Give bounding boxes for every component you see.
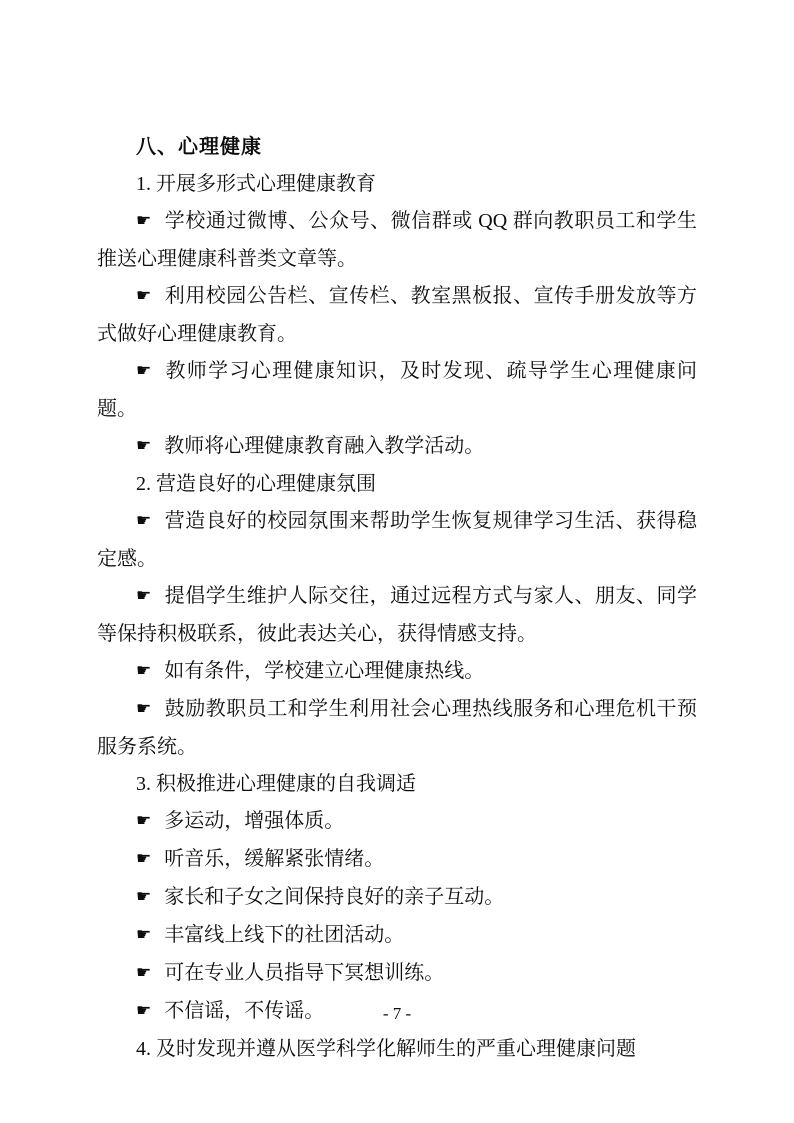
- pointing-hand-bullet-icon: ☛: [136, 925, 151, 945]
- paragraph-text: 听音乐，缓解紧张情绪。: [164, 848, 384, 870]
- paragraph-text: 利用校园公告栏、宣传栏、教室黑板报、宣传手册发放等方式做好心理健康教育。: [97, 285, 697, 345]
- bullet-item: ☛营造良好的校园氛围来帮助学生恢复规律学习生活、获得稳定感。: [97, 503, 697, 578]
- numbered-item: 4. 及时发现并遵从医学科学化解师生的严重心理健康问题: [97, 1031, 697, 1068]
- numbered-item: 3. 积极推进心理健康的自我调适: [97, 766, 697, 803]
- page-number: - 7 -: [0, 1002, 794, 1026]
- pointing-hand-bullet-icon: ☛: [136, 211, 151, 231]
- paragraph-list: 1. 开展多形式心理健康教育☛学校通过微博、公众号、微信群或 QQ 群向教职员工…: [97, 166, 697, 1068]
- paragraph-text: 家长和子女之间保持良好的亲子互动。: [164, 886, 504, 908]
- bullet-item: ☛利用校园公告栏、宣传栏、教室黑板报、宣传手册发放等方式做好心理健康教育。: [97, 278, 697, 353]
- paragraph-text: 提倡学生维护人际交往，通过远程方式与家人、朋友、同学等保持积极联系，彼此表达关心…: [97, 585, 697, 645]
- numbered-item: 2. 营造良好的心理健康氛围: [97, 466, 697, 503]
- bullet-item: ☛听音乐，缓解紧张情绪。: [97, 841, 697, 879]
- paragraph-text: 教师学习心理健康知识，及时发现、疏导学生心理健康问题。: [97, 360, 697, 420]
- numbered-item: 1. 开展多形式心理健康教育: [97, 166, 697, 203]
- bullet-item: ☛提倡学生维护人际交往，通过远程方式与家人、朋友、同学等保持积极联系，彼此表达关…: [97, 578, 697, 653]
- bullet-item: ☛丰富线上线下的社团活动。: [97, 917, 697, 955]
- paragraph-text: 4. 及时发现并遵从医学科学化解师生的严重心理健康问题: [136, 1038, 636, 1060]
- paragraph-text: 教师将心理健康教育融入教学活动。: [164, 435, 484, 457]
- bullet-item: ☛家长和子女之间保持良好的亲子互动。: [97, 879, 697, 917]
- bullet-item: ☛教师学习心理健康知识，及时发现、疏导学生心理健康问题。: [97, 353, 697, 428]
- pointing-hand-bullet-icon: ☛: [136, 887, 151, 907]
- paragraph-text: 鼓励教职员工和学生利用社会心理热线服务和心理危机干预服务系统。: [97, 698, 697, 758]
- pointing-hand-bullet-icon: ☛: [136, 361, 151, 381]
- bullet-item: ☛可在专业人员指导下冥想训练。: [97, 955, 697, 993]
- pointing-hand-bullet-icon: ☛: [136, 511, 151, 531]
- pointing-hand-bullet-icon: ☛: [136, 286, 151, 306]
- section-heading: 八、心理健康: [97, 129, 697, 166]
- paragraph-text: 如有条件，学校建立心理健康热线。: [164, 660, 484, 682]
- pointing-hand-bullet-icon: ☛: [136, 661, 151, 681]
- pointing-hand-bullet-icon: ☛: [136, 436, 151, 456]
- paragraph-text: 多运动，增强体质。: [164, 810, 344, 832]
- paragraph-text: 2. 营造良好的心理健康氛围: [136, 473, 376, 495]
- paragraph-text: 营造良好的校园氛围来帮助学生恢复规律学习生活、获得稳定感。: [97, 510, 697, 570]
- paragraph-text: 3. 积极推进心理健康的自我调适: [136, 773, 416, 795]
- pointing-hand-bullet-icon: ☛: [136, 811, 151, 831]
- bullet-item: ☛多运动，增强体质。: [97, 803, 697, 841]
- document-page: 八、心理健康 1. 开展多形式心理健康教育☛学校通过微博、公众号、微信群或 QQ…: [0, 0, 794, 1123]
- bullet-item: ☛鼓励教职员工和学生利用社会心理热线服务和心理危机干预服务系统。: [97, 691, 697, 766]
- pointing-hand-bullet-icon: ☛: [136, 699, 151, 719]
- bullet-item: ☛教师将心理健康教育融入教学活动。: [97, 428, 697, 466]
- pointing-hand-bullet-icon: ☛: [136, 849, 151, 869]
- paragraph-text: 1. 开展多形式心理健康教育: [136, 173, 376, 195]
- pointing-hand-bullet-icon: ☛: [136, 586, 151, 606]
- pointing-hand-bullet-icon: ☛: [136, 963, 151, 983]
- paragraph-text: 丰富线上线下的社团活动。: [164, 924, 404, 946]
- bullet-item: ☛如有条件，学校建立心理健康热线。: [97, 653, 697, 691]
- paragraph-text: 可在专业人员指导下冥想训练。: [164, 962, 444, 984]
- bullet-item: ☛学校通过微博、公众号、微信群或 QQ 群向教职员工和学生推送心理健康科普类文章…: [97, 203, 697, 278]
- document-body: 八、心理健康 1. 开展多形式心理健康教育☛学校通过微博、公众号、微信群或 QQ…: [97, 129, 697, 1068]
- paragraph-text: 学校通过微博、公众号、微信群或 QQ 群向教职员工和学生推送心理健康科普类文章等…: [97, 210, 697, 270]
